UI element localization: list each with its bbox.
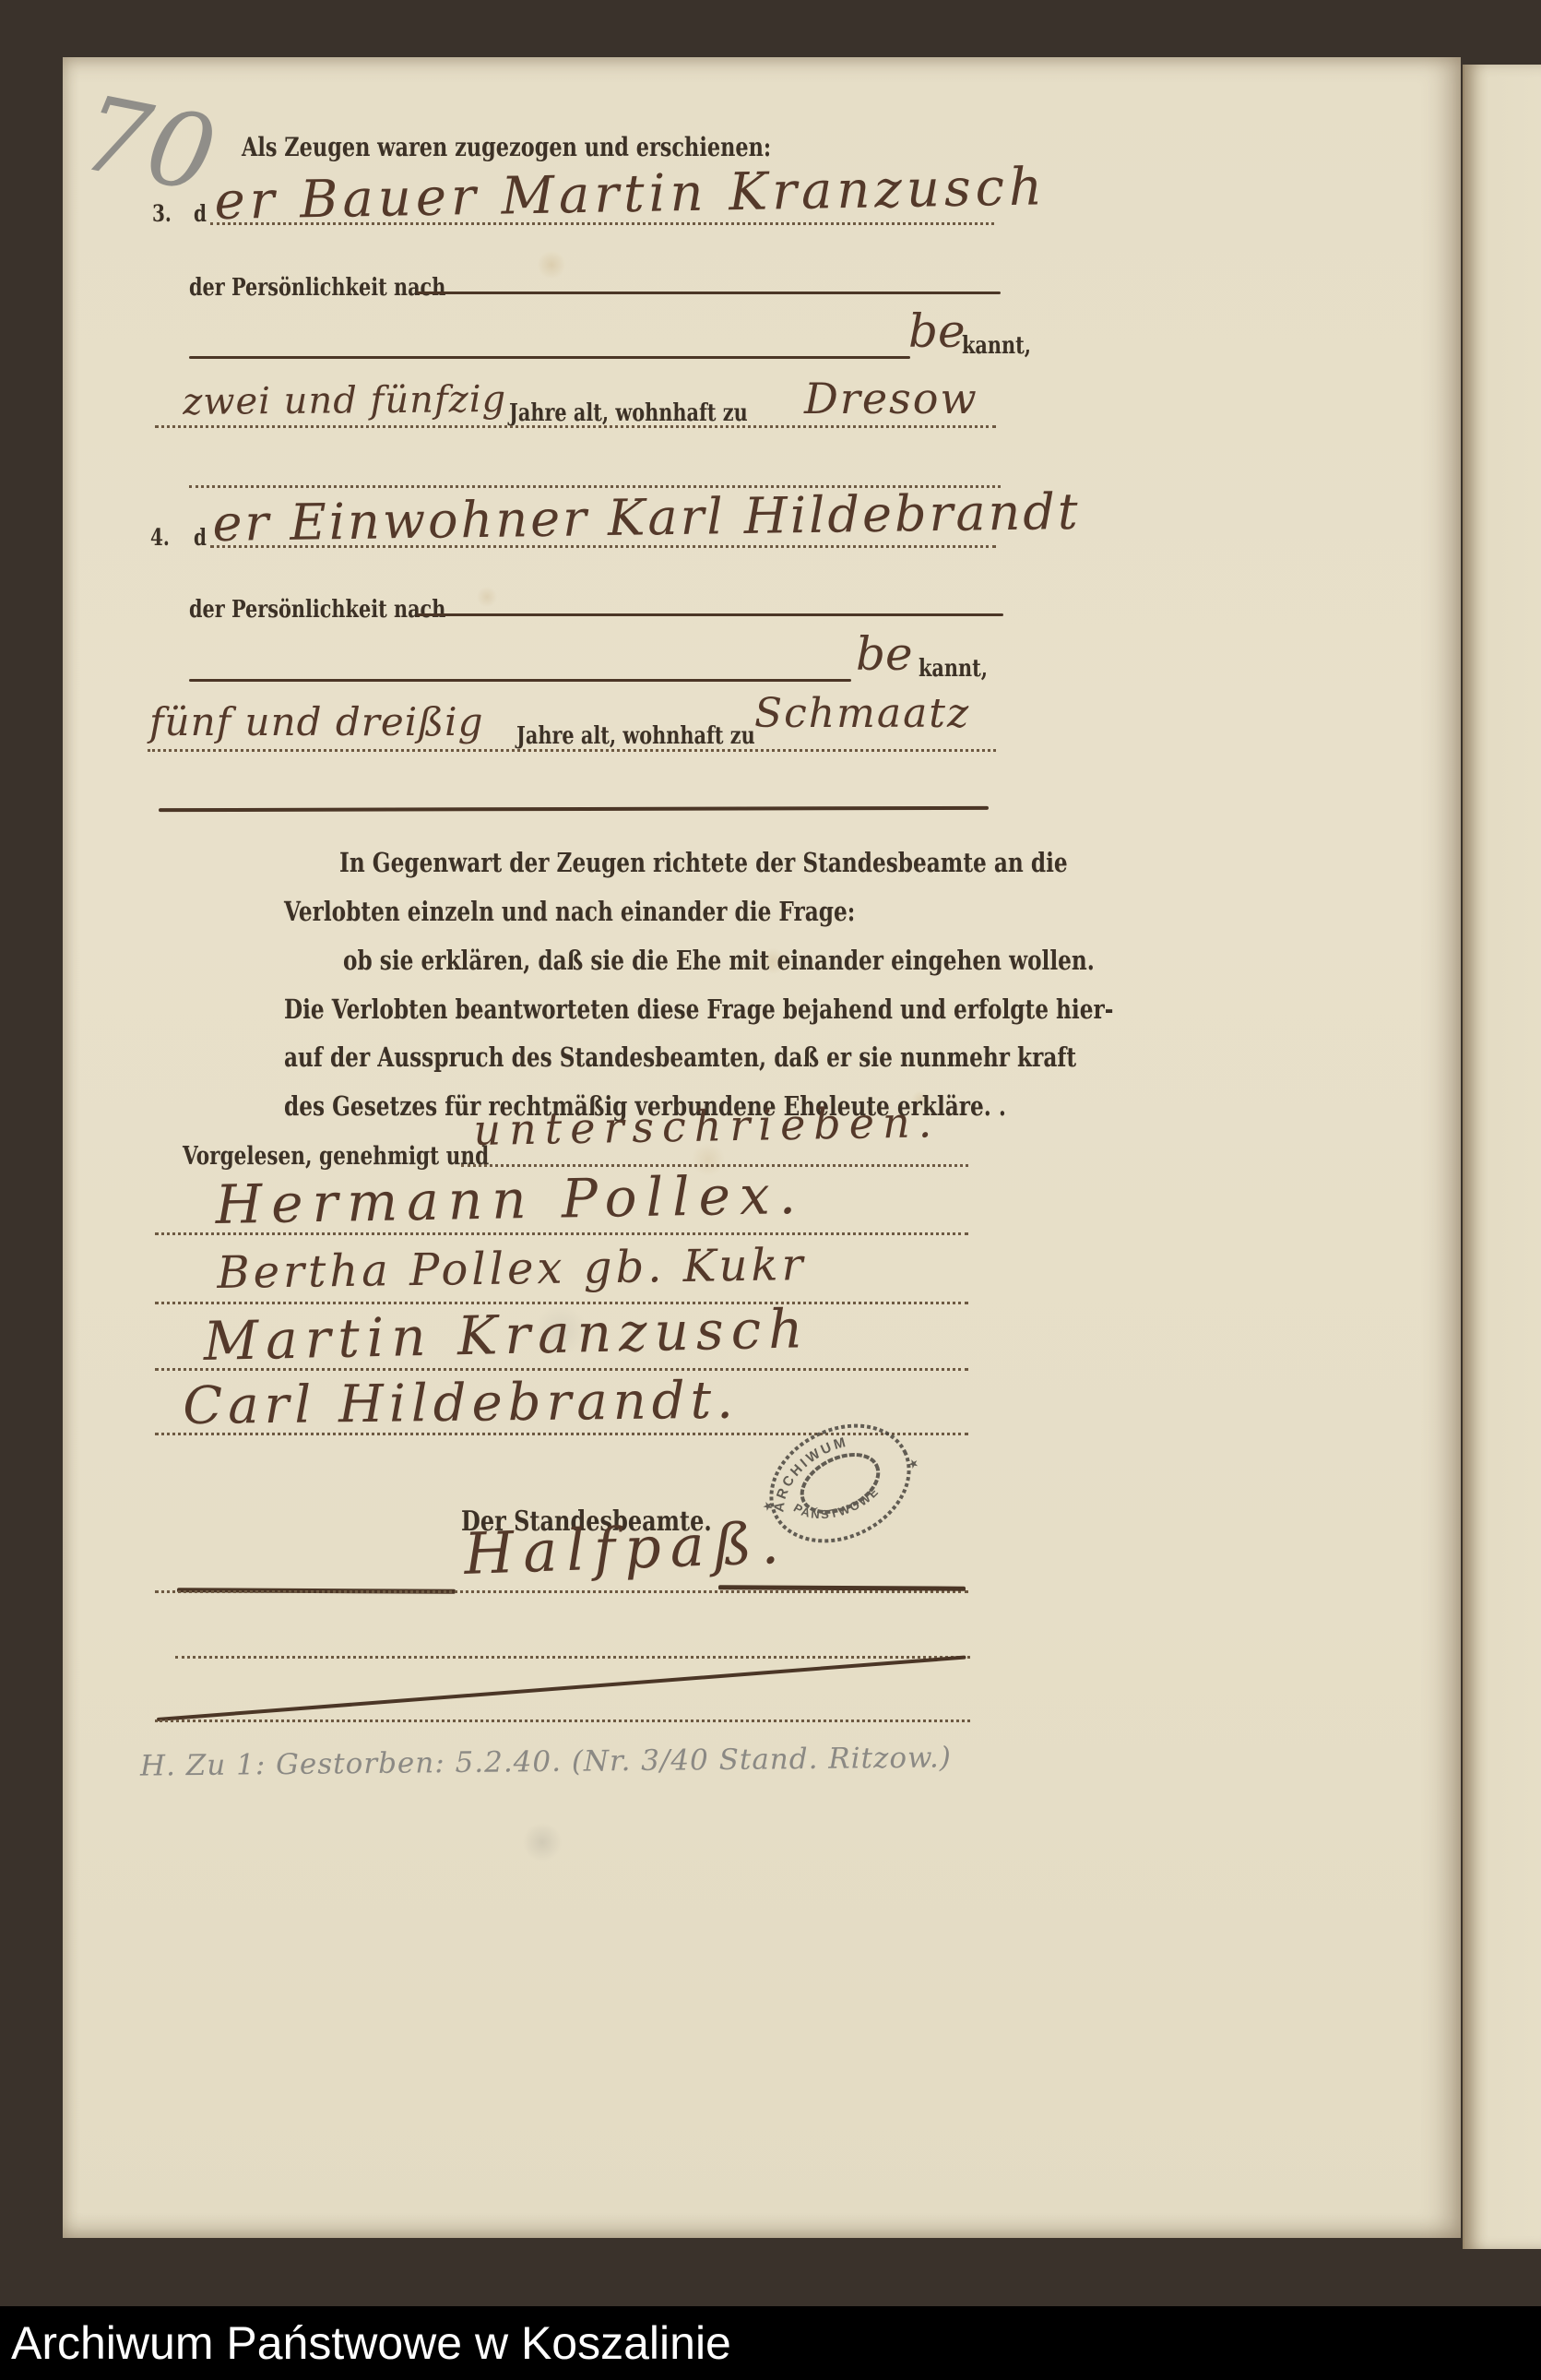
witness4-identity-label: der Persönlichkeit nach <box>189 596 445 624</box>
ruled-line <box>189 356 910 359</box>
witness3-prefix: d <box>194 200 207 227</box>
pencil-page-number: 70 <box>73 74 225 217</box>
ruled-line <box>155 1720 970 1722</box>
ruled-line <box>148 749 996 752</box>
declaration-line: Verlobten einzeln und nach einander die … <box>284 896 855 927</box>
witness4-name-handwriting: er Einwohner Karl Hildebrandt <box>212 482 1081 553</box>
signature-bride: Bertha Pollex gb. Kukr <box>217 1239 807 1299</box>
ruled-line <box>155 1368 968 1371</box>
ruled-line <box>155 1232 968 1235</box>
ruled-line <box>175 1656 970 1659</box>
scanned-register-page: 70 Als Zeugen waren zugezogen und erschi… <box>0 0 1541 2380</box>
ruled-line <box>210 222 994 225</box>
declaration-line: auf der Ausspruch des Standesbeamten, da… <box>284 1041 1076 1073</box>
witness4-age-handwriting: fünf und dreißig <box>149 699 484 744</box>
witness3-residence-handwriting: Dresow <box>804 374 978 423</box>
witness4-kannt-label: kannt, <box>919 655 988 683</box>
witness4-prefix: d <box>194 524 207 551</box>
witness4-age-label: Jahre alt, wohnhaft zu <box>516 722 755 750</box>
declaration-line: ob sie erklären, daß sie die Ehe mit ein… <box>343 945 1095 976</box>
witness4-number: 4. <box>150 524 170 551</box>
witness3-identity-label: der Persönlichkeit nach <box>189 274 445 302</box>
ruled-line <box>417 613 1003 616</box>
archive-name-label: Archiwum Państwowe w Koszalinie <box>11 2306 731 2380</box>
signature-witness3: Martin Kranzusch <box>203 1297 811 1373</box>
ruled-line <box>155 1590 968 1593</box>
stamp-star-right: ★ <box>906 1456 921 1473</box>
registrar-signature: Halfpaß. <box>463 1509 789 1588</box>
closing-handwriting: unterschrieben. <box>473 1097 941 1155</box>
ruled-line <box>189 679 851 682</box>
signature-witness4: Carl Hildebrandt. <box>183 1371 739 1436</box>
witness3-kannt-label: kannt, <box>962 332 1031 360</box>
ruled-line <box>417 292 1001 294</box>
closing-printed-label: Vorgelesen, genehmigt und <box>183 1142 489 1171</box>
witness4-residence-handwriting: Schmaatz <box>754 690 970 737</box>
witness3-age-handwriting: zwei und fünfzig <box>183 378 506 423</box>
ruled-line <box>155 425 996 428</box>
archive-footer-bar: Archiwum Państwowe w Koszalinie <box>0 2306 1541 2380</box>
witness3-number: 3. <box>152 200 172 227</box>
form-heading: Als Zeugen waren zugezogen und erschiene… <box>242 132 771 162</box>
declaration-line: Die Verlobten beantworteten diese Frage … <box>284 994 1113 1025</box>
witness3-age-label: Jahre alt, wohnhaft zu <box>509 399 748 427</box>
ruled-line <box>210 545 996 548</box>
witness4-be-handwriting: be <box>856 627 913 681</box>
adjacent-page-edge <box>1463 65 1541 2249</box>
witness3-be-handwriting: be <box>908 304 966 358</box>
signature-groom: Hermann Pollex. <box>215 1163 806 1236</box>
declaration-line: In Gegenwart der Zeugen richtete der Sta… <box>339 847 1068 878</box>
